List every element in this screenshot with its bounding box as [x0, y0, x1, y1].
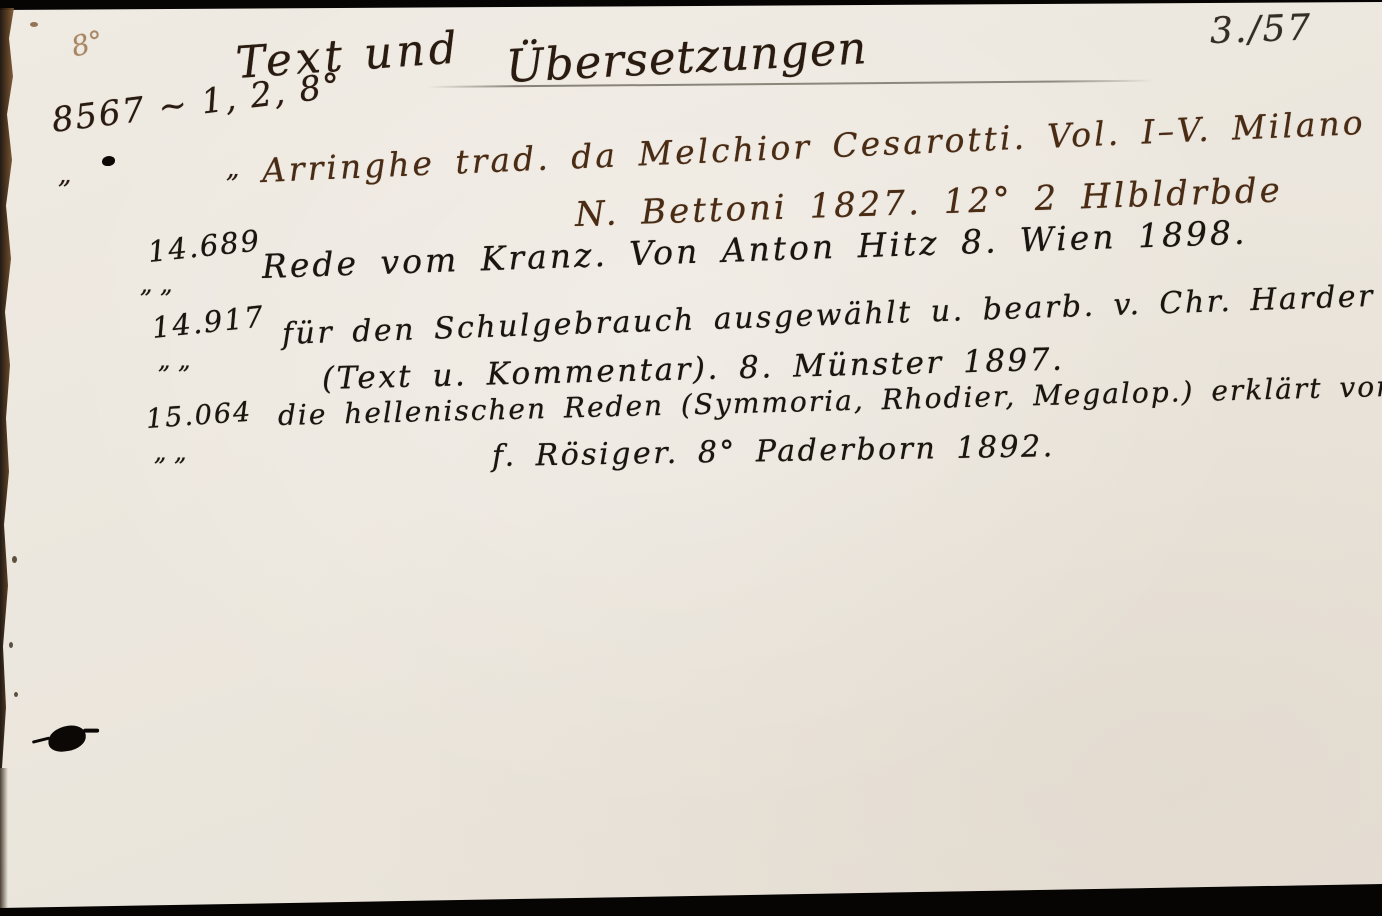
ditto-mark: „ „: [154, 440, 187, 464]
entry-number: 15.064: [145, 399, 253, 433]
paper-speck: [14, 692, 18, 697]
corner-folio-number: 3./57: [1209, 10, 1312, 50]
ditto-mark: „ „: [140, 272, 173, 296]
photographed-catalog-page: 3./57 8° Text und Übersetzungen 8567 ~ 1…: [0, 0, 1382, 916]
paper-speck: [9, 642, 13, 648]
ditto-mark: „: [226, 156, 239, 182]
ditto-mark: „: [58, 162, 71, 188]
ditto-mark: „ „: [158, 348, 191, 372]
format-note-faded: 8°: [69, 27, 107, 62]
paper-speck: [12, 556, 17, 563]
torn-binding-edge-lower: [0, 768, 8, 908]
paper-speck: [30, 22, 38, 27]
